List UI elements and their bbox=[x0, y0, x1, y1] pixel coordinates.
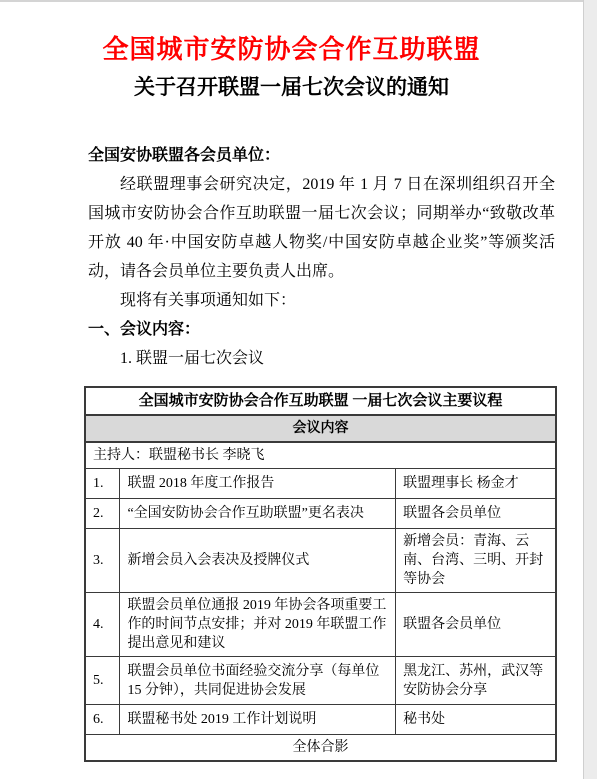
agenda-row: 3. 新增会员入会表决及授牌仪式 新增会员：青海、云南、台湾、三明、开封等协会 bbox=[85, 529, 556, 593]
agenda-host: 主持人：联盟秘书长 李晓飞 bbox=[85, 442, 556, 469]
agenda-title-row: 全国城市安防协会合作互助联盟 一届七次会议主要议程 bbox=[85, 387, 556, 415]
agenda-row: 4. 联盟会员单位通报 2019 年协会各项重要工作的时间节点安排；并对 201… bbox=[85, 593, 556, 657]
agenda-no: 6. bbox=[85, 705, 120, 735]
agenda-presenter: 黑龙江、苏州，武汉等安防协会分享 bbox=[396, 657, 556, 705]
agenda-row: 2. “全国安防协会合作互助联盟”更名表决 联盟各会员单位 bbox=[85, 499, 556, 529]
agenda-no: 2. bbox=[85, 499, 120, 529]
document-subtitle: 关于召开联盟一届七次会议的通知 bbox=[0, 74, 583, 100]
paragraph-2: 现将有关事项通知如下： bbox=[88, 286, 555, 315]
agenda-footer-row: 全体合影 bbox=[85, 735, 556, 762]
agenda-item: 联盟 2018 年度工作报告 bbox=[120, 469, 396, 499]
agenda-presenter: 秘书处 bbox=[396, 705, 556, 735]
agenda-no: 3. bbox=[85, 529, 120, 593]
document-content: 全国城市安防协会合作互助联盟 关于召开联盟一届七次会议的通知 全国安协联盟各会员… bbox=[0, 0, 583, 762]
agenda-row: 6. 联盟秘书处 2019 工作计划说明 秘书处 bbox=[85, 705, 556, 735]
list-item-1: 1. 联盟一届七次会议 bbox=[88, 344, 555, 373]
agenda-no: 1. bbox=[85, 469, 120, 499]
salutation-line: 全国安协联盟各会员单位： bbox=[88, 141, 555, 170]
agenda-section-header: 会议内容 bbox=[85, 415, 556, 442]
agenda-footer: 全体合影 bbox=[85, 735, 556, 762]
document-body: 全国安协联盟各会员单位： 经联盟理事会研究决定，2019 年 1 月 7 日在深… bbox=[88, 141, 555, 373]
agenda-presenter: 联盟理事长 杨金才 bbox=[396, 469, 556, 499]
document-title: 全国城市安防协会合作互助联盟 bbox=[0, 35, 583, 65]
agenda-item: 新增会员入会表决及授牌仪式 bbox=[120, 529, 396, 593]
agenda-row: 1. 联盟 2018 年度工作报告 联盟理事长 杨金才 bbox=[85, 469, 556, 499]
agenda-row: 5. 联盟会员单位书面经验交流分享（每单位 15 分钟），共同促进协会发展 黑龙… bbox=[85, 657, 556, 705]
agenda-section-row: 会议内容 bbox=[85, 415, 556, 442]
paragraph-1: 经联盟理事会研究决定，2019 年 1 月 7 日在深圳组织召开全国城市安防协会… bbox=[88, 170, 555, 286]
agenda-no: 4. bbox=[85, 593, 120, 657]
agenda-title: 全国城市安防协会合作互助联盟 一届七次会议主要议程 bbox=[85, 387, 556, 415]
agenda-no: 5. bbox=[85, 657, 120, 705]
agenda-presenter: 联盟各会员单位 bbox=[396, 593, 556, 657]
agenda-item: 联盟会员单位通报 2019 年协会各项重要工作的时间节点安排；并对 2019 年… bbox=[120, 593, 396, 657]
agenda-item: 联盟会员单位书面经验交流分享（每单位 15 分钟），共同促进协会发展 bbox=[120, 657, 396, 705]
agenda-presenter: 联盟各会员单位 bbox=[396, 499, 556, 529]
agenda-item: “全国安防协会合作互助联盟”更名表决 bbox=[120, 499, 396, 529]
agenda-host-row: 主持人：联盟秘书长 李晓飞 bbox=[85, 442, 556, 469]
agenda-item: 联盟秘书处 2019 工作计划说明 bbox=[120, 705, 396, 735]
agenda-table: 全国城市安防协会合作互助联盟 一届七次会议主要议程 会议内容 主持人：联盟秘书长… bbox=[84, 386, 557, 762]
section-heading: 一、会议内容： bbox=[88, 315, 555, 344]
document-page: 全国城市安防协会合作互助联盟 关于召开联盟一届七次会议的通知 全国安协联盟各会员… bbox=[0, 0, 597, 779]
agenda-presenter: 新增会员：青海、云南、台湾、三明、开封等协会 bbox=[396, 529, 556, 593]
viewer-background-strip bbox=[583, 0, 597, 779]
